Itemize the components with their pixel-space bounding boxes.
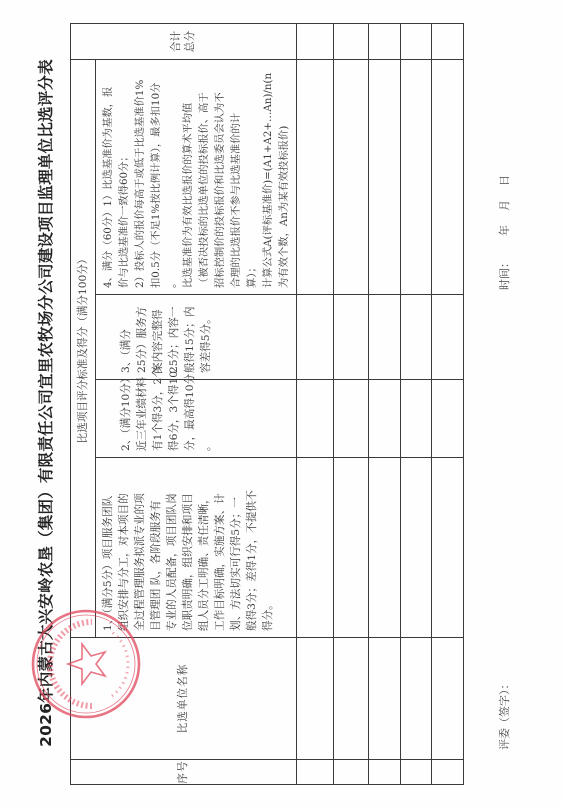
criterion-2: 2、（满分10分）近三年业绩材料有1个得3分，2个得6分，3个得10分，最高得1… xyxy=(96,380,297,458)
cell-unit-name[interactable] xyxy=(296,638,333,760)
cell-score-3[interactable] xyxy=(333,295,368,380)
criterion-1-line: 划、方法切实可行得5分；一 xyxy=(228,462,244,631)
cell-serial[interactable] xyxy=(296,760,333,785)
table-row xyxy=(333,23,368,784)
criterion-1-line: 工作目标明确，实施方案、计 xyxy=(212,462,228,631)
cell-score-4[interactable] xyxy=(401,59,431,294)
criterion-4-line: 2）投标人的报价每高于或低于比选基准价1% xyxy=(132,64,148,288)
cell-score-4[interactable] xyxy=(431,59,463,294)
cell-unit-name[interactable] xyxy=(431,638,463,760)
criterion-4-line: 扣0.5分（不足1%按比例计算），最多扣10分 xyxy=(148,64,164,288)
header-total: 合计 总分 xyxy=(71,23,297,59)
criterion-2-line: 有1个得3分，2个 xyxy=(150,384,166,451)
criterion-4-line: 4、满分（60分）1）比选基准价为基数，报 xyxy=(100,64,116,288)
cell-score-4[interactable] xyxy=(296,59,333,294)
header-unit-name: 比选单位名称 xyxy=(71,638,297,760)
criterion-1: 1、（满分5分）项目服务团队组织安排与分工，对本项目的全过程管理服务拟派专业的项… xyxy=(96,458,297,638)
date-label: 时间： 年 月 日 xyxy=(496,175,512,290)
criterion-1-line: 般得3分；差得1分，不提供不 xyxy=(244,462,260,631)
criterion-4: 4、满分（60分）1）比选基准价为基数，报价与比选基准价一致得60分；2）投标人… xyxy=(96,59,297,294)
cell-serial[interactable] xyxy=(369,760,401,785)
cell-score-2[interactable] xyxy=(333,380,368,458)
judge-signature-label: 评委（签字）： xyxy=(496,679,512,751)
criterion-1-line: 位职责明确，组织安排和项目 xyxy=(180,462,196,631)
header-total-line2: 总分 xyxy=(183,24,197,59)
criterion-4-line: 招标控制价的投标报价和比选委员会认为不 xyxy=(212,64,228,288)
criterion-1-line: 专业的人员配备，项目团队岗 xyxy=(164,462,180,631)
cell-serial[interactable] xyxy=(333,760,368,785)
cell-score-2[interactable] xyxy=(431,380,463,458)
cell-unit-name[interactable] xyxy=(401,638,431,760)
criterion-4-line: 计算公式A(评标基准价)=(A1+A2+…An)/n(n xyxy=(260,64,276,288)
cell-score-4[interactable] xyxy=(369,59,401,294)
criterion-2-line: 分，最高得10分 xyxy=(182,384,198,451)
criterion-4-line: （被否决投标的比选单位的投标报价、高于 xyxy=(196,64,212,288)
table-row xyxy=(296,23,333,784)
criterion-2-line: 2、（满分10分） xyxy=(118,384,134,451)
scoring-table: 序号 比选单位名称 比选项目评分标准及得分（满分100分） 合计 总分 1、（满… xyxy=(70,23,464,785)
cell-score-3[interactable] xyxy=(369,295,401,380)
criterion-1-line: 组人员分工明确、责任清晰， xyxy=(196,462,212,631)
cell-total[interactable] xyxy=(296,23,333,59)
cell-score-1[interactable] xyxy=(431,458,463,638)
cell-unit-name[interactable] xyxy=(369,638,401,760)
cell-score-1[interactable] xyxy=(401,458,431,638)
criterion-3-line: 3、（满分 xyxy=(118,299,134,373)
criterion-1-line: 目管理团 队，各阶段服务有 xyxy=(148,462,164,631)
criterion-4-line: 。 xyxy=(164,64,180,288)
cell-score-3[interactable] xyxy=(401,295,431,380)
cell-total[interactable] xyxy=(333,23,368,59)
table-row xyxy=(401,23,431,784)
cell-score-2[interactable] xyxy=(369,380,401,458)
document-page: 2026年内蒙古大兴安岭农垦（集团）有限责任公司宜里农牧场分公司建设项目监理单位… xyxy=(0,0,564,806)
table-row xyxy=(431,23,463,784)
header-total-line1: 合计 xyxy=(169,24,183,59)
cell-score-1[interactable] xyxy=(369,458,401,638)
cell-serial[interactable] xyxy=(431,760,463,785)
criterion-3-line: 25分；内容一 xyxy=(166,299,182,373)
header-criteria-group: 比选项目评分标准及得分（满分100分） xyxy=(71,59,96,637)
criterion-4-line: 合理的比选报价不参与比选基准价的计 xyxy=(228,64,244,288)
criterion-2-line: 得6分，3个得10 xyxy=(166,384,182,451)
criterion-4-line: 比选基准价为有效比选报价的算术平均值 xyxy=(180,64,196,288)
criterion-3-line: 般得15分；内 xyxy=(182,299,198,373)
criterion-4-line: 为有效个数，An为某有效投标报价) xyxy=(276,64,292,288)
document-title: 2026年内蒙古大兴安岭农垦（集团）有限责任公司宜里农牧场分公司建设项目监理单位… xyxy=(34,0,56,806)
cell-unit-name[interactable] xyxy=(333,638,368,760)
cell-total[interactable] xyxy=(431,23,463,59)
cell-score-3[interactable] xyxy=(296,295,333,380)
criterion-1-line: 得分。 xyxy=(260,462,276,631)
criterion-4-line: 价与比选基准价一致得60分； xyxy=(116,64,132,288)
criterion-3-line: 案内容完整得 xyxy=(150,299,166,373)
criterion-2-line: 近三年业绩材料 xyxy=(134,384,150,451)
cell-score-3[interactable] xyxy=(431,295,463,380)
criterion-1-line: 组织安排与分工，对本项目的 xyxy=(116,462,132,631)
cell-serial[interactable] xyxy=(401,760,431,785)
cell-total[interactable] xyxy=(369,23,401,59)
cell-score-1[interactable] xyxy=(296,458,333,638)
criterion-3-line: 25分）服务方 xyxy=(134,299,150,373)
cell-score-1[interactable] xyxy=(333,458,368,638)
criterion-4-line: 算）； xyxy=(244,64,260,288)
criterion-1-line: 全过程管理服务拟派专业的项 xyxy=(132,462,148,631)
cell-score-2[interactable] xyxy=(296,380,333,458)
criterion-1-line: 1、（满分5分）项目服务团队 xyxy=(100,462,116,631)
cell-total[interactable] xyxy=(401,23,431,59)
header-serial: 序号 xyxy=(71,760,297,785)
cell-score-4[interactable] xyxy=(333,59,368,294)
criterion-2-line: 。 xyxy=(198,384,214,451)
criterion-3-line: 容差得5分。 xyxy=(198,299,214,373)
table-row xyxy=(369,23,401,784)
cell-score-2[interactable] xyxy=(401,380,431,458)
criterion-3: 3、（满分25分）服务方案内容完整得25分；内容一般得15分；内容差得5分。 xyxy=(96,295,297,380)
